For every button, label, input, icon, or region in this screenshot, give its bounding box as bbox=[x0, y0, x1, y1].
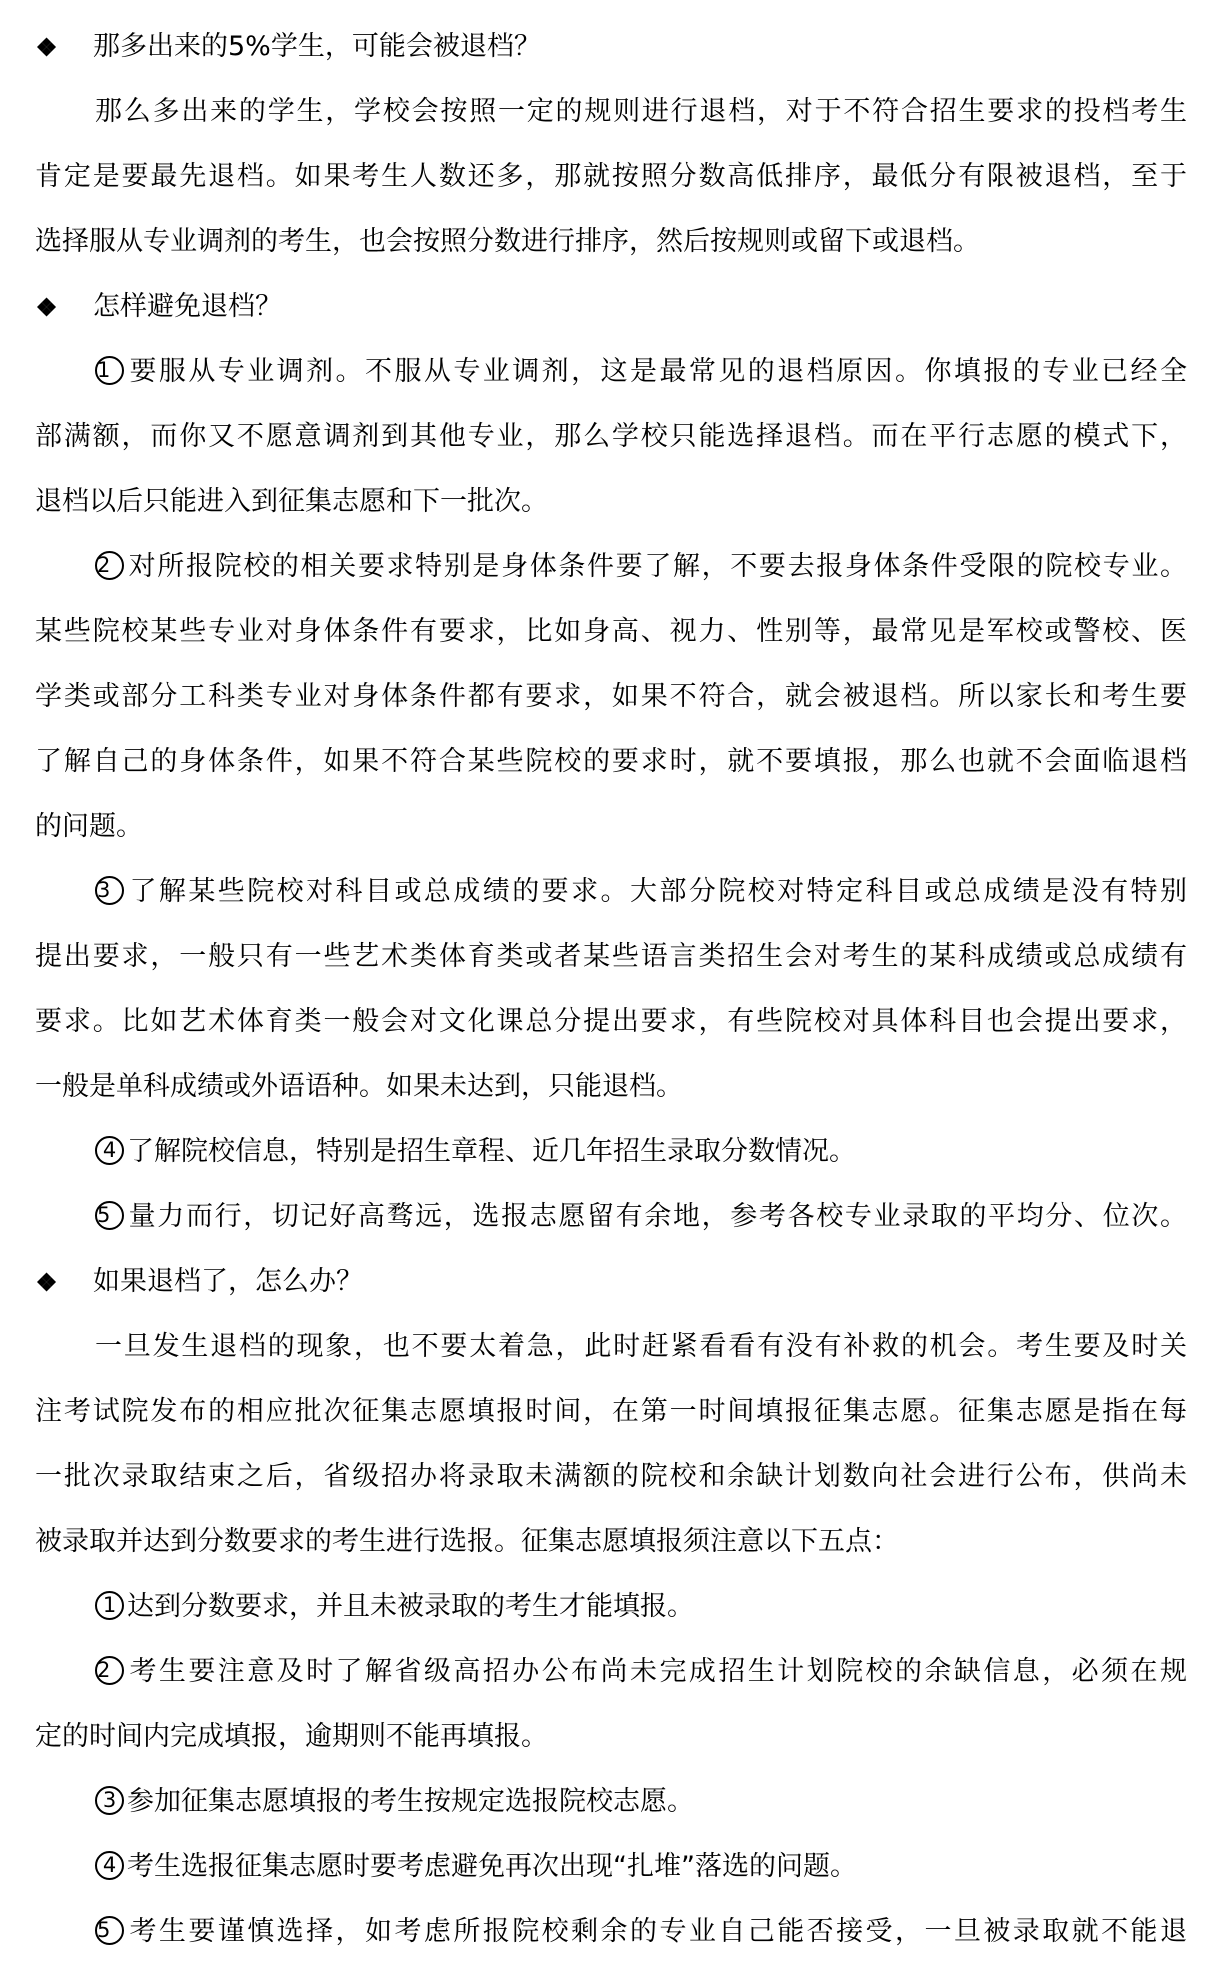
circled-number: 5 bbox=[95, 1201, 124, 1230]
list-item-first-line: 4了解院校信息，特别是招生章程、近几年招生录取分数情况。 bbox=[95, 1134, 1187, 1170]
circled-number: 1 bbox=[95, 356, 124, 385]
circled-number: 2 bbox=[95, 551, 124, 580]
list-item-first-line: 2考生要注意及时了解省级高招办公布尚未完成招生计划院校的余缺信息，必须在规 bbox=[95, 1654, 1187, 1690]
paragraph-line: 选择服从专业调剂的考生，也会按照分数进行排序，然后按规则或留下或退档。 bbox=[35, 224, 1187, 260]
diamond-bullet-icon bbox=[35, 289, 57, 325]
paragraph-line: 被录取并达到分数要求的考生进行选报。征集志愿填报须注意以下五点： bbox=[35, 1524, 1187, 1560]
list-item-first-line: 2对所报院校的相关要求特别是身体条件要了解，不要去报身体条件受限的院校专业。 bbox=[95, 549, 1187, 585]
diamond-bullet-icon bbox=[35, 29, 57, 65]
paragraph-line: 某些院校某些专业对身体条件有要求，比如身高、视力、性别等，最常见是军校或警校、医 bbox=[35, 614, 1187, 650]
list-item-first-line: 3参加征集志愿填报的考生按规定选报院校志愿。 bbox=[95, 1784, 1187, 1820]
circled-number: 2 bbox=[95, 1656, 124, 1685]
paragraph-line: 一旦发生退档的现象，也不要太着急，此时赶紧看看有没有补救的机会。考生要及时关 bbox=[95, 1329, 1187, 1365]
diamond-bullet-icon bbox=[35, 1264, 57, 1300]
circled-number: 1 bbox=[95, 1591, 124, 1620]
paragraph-line: 一批次录取结束之后，省级招办将录取未满额的院校和余缺计划数向社会进行公布，供尚未 bbox=[35, 1459, 1187, 1495]
paragraph-line: 学类或部分工科类专业对身体条件都有要求，如果不符合，就会被退档。所以家长和考生要 bbox=[35, 679, 1187, 715]
circled-number: 3 bbox=[95, 876, 124, 905]
paragraph-line: 了解自己的身体条件，如果不符合某些院校的要求时，就不要填报，那么也就不会面临退档 bbox=[35, 744, 1187, 780]
paragraph-line: 部满额，而你又不愿意调剂到其他专业，那么学校只能选择退档。而在平行志愿的模式下， bbox=[35, 419, 1187, 455]
paragraph-line: 的问题。 bbox=[35, 809, 1187, 845]
section-heading: 怎样避免退档？ bbox=[35, 289, 1187, 325]
paragraph-line: 提出要求，一般只有一些艺术类体育类或者某些语言类招生会对考生的某科成绩或总成绩有 bbox=[35, 939, 1187, 975]
circled-number: 4 bbox=[95, 1851, 124, 1880]
circled-number: 5 bbox=[95, 1916, 124, 1945]
section-heading: 如果退档了，怎么办？ bbox=[35, 1264, 1187, 1300]
list-item-first-line: 5考生要谨慎选择，如考虑所报院校剩余的专业自己能否接受，一旦被录取就不能退 bbox=[95, 1914, 1187, 1950]
section-heading: 那多出来的5%学生，可能会被退档？ bbox=[35, 29, 1187, 65]
paragraph-line: 要求。比如艺术体育类一般会对文化课总分提出要求，有些院校对具体科目也会提出要求， bbox=[35, 1004, 1187, 1040]
list-item-first-line: 5量力而行，切记好高骛远，选报志愿留有余地，参考各校专业录取的平均分、位次。 bbox=[95, 1199, 1187, 1235]
list-item-first-line: 4考生选报征集志愿时要考虑避免再次出现“扎堆”落选的问题。 bbox=[95, 1849, 1187, 1885]
circled-number: 3 bbox=[95, 1786, 124, 1815]
paragraph-line: 一般是单科成绩或外语语种。如果未达到，只能退档。 bbox=[35, 1069, 1187, 1105]
paragraph-line: 定的时间内完成填报，逾期则不能再填报。 bbox=[35, 1719, 1187, 1755]
circled-number: 4 bbox=[95, 1136, 124, 1165]
paragraph-line: 那么多出来的学生，学校会按照一定的规则进行退档，对于不符合招生要求的投档考生 bbox=[95, 94, 1187, 130]
paragraph-line: 退档以后只能进入到征集志愿和下一批次。 bbox=[35, 484, 1187, 520]
list-item-first-line: 1达到分数要求，并且未被录取的考生才能填报。 bbox=[95, 1589, 1187, 1625]
list-item-first-line: 1要服从专业调剂。不服从专业调剂，这是最常见的退档原因。你填报的专业已经全 bbox=[95, 354, 1187, 390]
paragraph-line: 注考试院发布的相应批次征集志愿填报时间，在第一时间填报征集志愿。征集志愿是指在每 bbox=[35, 1394, 1187, 1430]
list-item-first-line: 3了解某些院校对科目或总成绩的要求。大部分院校对特定科目或总成绩是没有特别 bbox=[95, 874, 1187, 910]
paragraph-line: 肯定是要最先退档。如果考生人数还多，那就按照分数高低排序，最低分有限被退档，至于 bbox=[35, 159, 1187, 195]
